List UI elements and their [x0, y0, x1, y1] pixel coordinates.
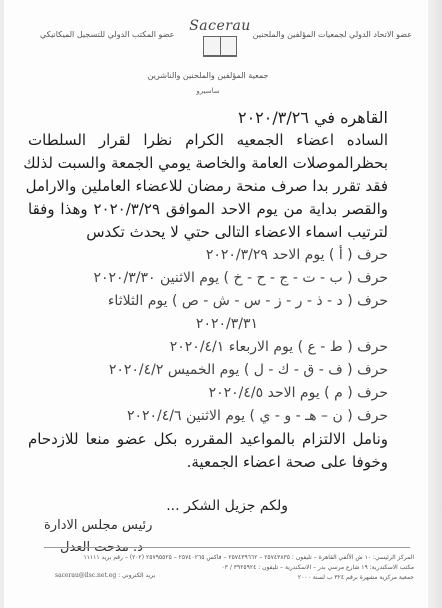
paragraph-line: بحظرالموصلات العامة والخاصة يومي الجمعة … — [28, 152, 388, 175]
organization-short-name: ساسيرو — [0, 87, 416, 95]
footer-email-block: بريد الكتروني : sacerau@ilsc.net.eg — [55, 572, 155, 579]
letter-body: القاهره في ٢٠٢٠/٣/٢٦ الساده اعضاء الجمعي… — [28, 106, 388, 474]
paragraph-line: والقصر بداية من يوم الاحد الموافق ٢٠٢٠/٣… — [28, 198, 388, 221]
footer-divider — [44, 547, 410, 548]
email-label: بريد الكتروني : — [118, 572, 155, 579]
signature-title: رئيس مجلس الادارة — [44, 518, 152, 533]
paragraph-line: الساده اعضاء الجمعيه الكرام نظرا لقرار ا… — [28, 129, 388, 152]
date-line: القاهره في ٢٠٢٠/٣/٢٦ — [28, 106, 388, 129]
logo-text: Sacerau — [180, 18, 260, 34]
schedule-item: حرف ( م ) يوم الاحد ٢٠٢٠/٤/٥ — [28, 382, 388, 405]
footer-main-office: المركز الرئيسي: ١٠ ش الألفي القاهرة – تل… — [14, 553, 414, 563]
email-address[interactable]: sacerau@ilsc.net.eg — [55, 572, 116, 579]
schedule-item: ٢٠٢٠/٣/٣١ — [28, 313, 388, 336]
paragraph-line: لترتيب اسماء الاعضاء التالى حتي لا يحدث … — [28, 221, 388, 244]
schedule-item: حرف ( ط - ع ) يوم الاربعاء ٢٠٢٠/٤/١ — [28, 336, 388, 359]
schedule-item: حرف ( أ ) يوم الاحد ٢٠٢٠/٣/٢٩ — [28, 244, 388, 267]
sacerau-logo: Sacerau — [180, 18, 260, 57]
schedule-item: حرف ( ب - ت - ج - ح - خ ) يوم الاثنين ٢٠… — [28, 267, 388, 290]
paragraph-line: فقد تقرر بدا صرف منحة رمضان للاعضاء العا… — [28, 175, 388, 198]
thanks-line: ولكم جزيل الشكر ... — [166, 498, 288, 514]
header-membership-left: عضو المكتب الدولي للتسجيل الميكانيكي — [40, 30, 174, 39]
schedule-item: حرف ( ن – هـ - و - ي ) يوم الاثنين ٢٠٢٠/… — [28, 405, 388, 428]
closing-line: وخوفا على صحة اعضاء الجمعية. — [28, 451, 388, 474]
page-shadow — [428, 0, 442, 608]
organization-name: جمعية المؤلفين والملحنين والناشرين — [0, 71, 416, 80]
schedule-item: حرف ( د - ذ - ر - ز - س - ش - ص ) يوم ال… — [28, 290, 388, 313]
schedule-item: حرف ( ف - ق - ك - ل ) يوم الخميس ٢٠٢٠/٤/… — [28, 359, 388, 382]
open-book-icon — [203, 36, 237, 57]
document-page: عضو الاتحاد الدولي لجمعيات المؤلفين والم… — [0, 0, 430, 608]
header-membership-right: عضو الاتحاد الدولي لجمعيات المؤلفين والم… — [253, 30, 412, 39]
closing-line: ونامل الالتزام بالمواعيد المقرره بكل عضو… — [28, 428, 388, 451]
